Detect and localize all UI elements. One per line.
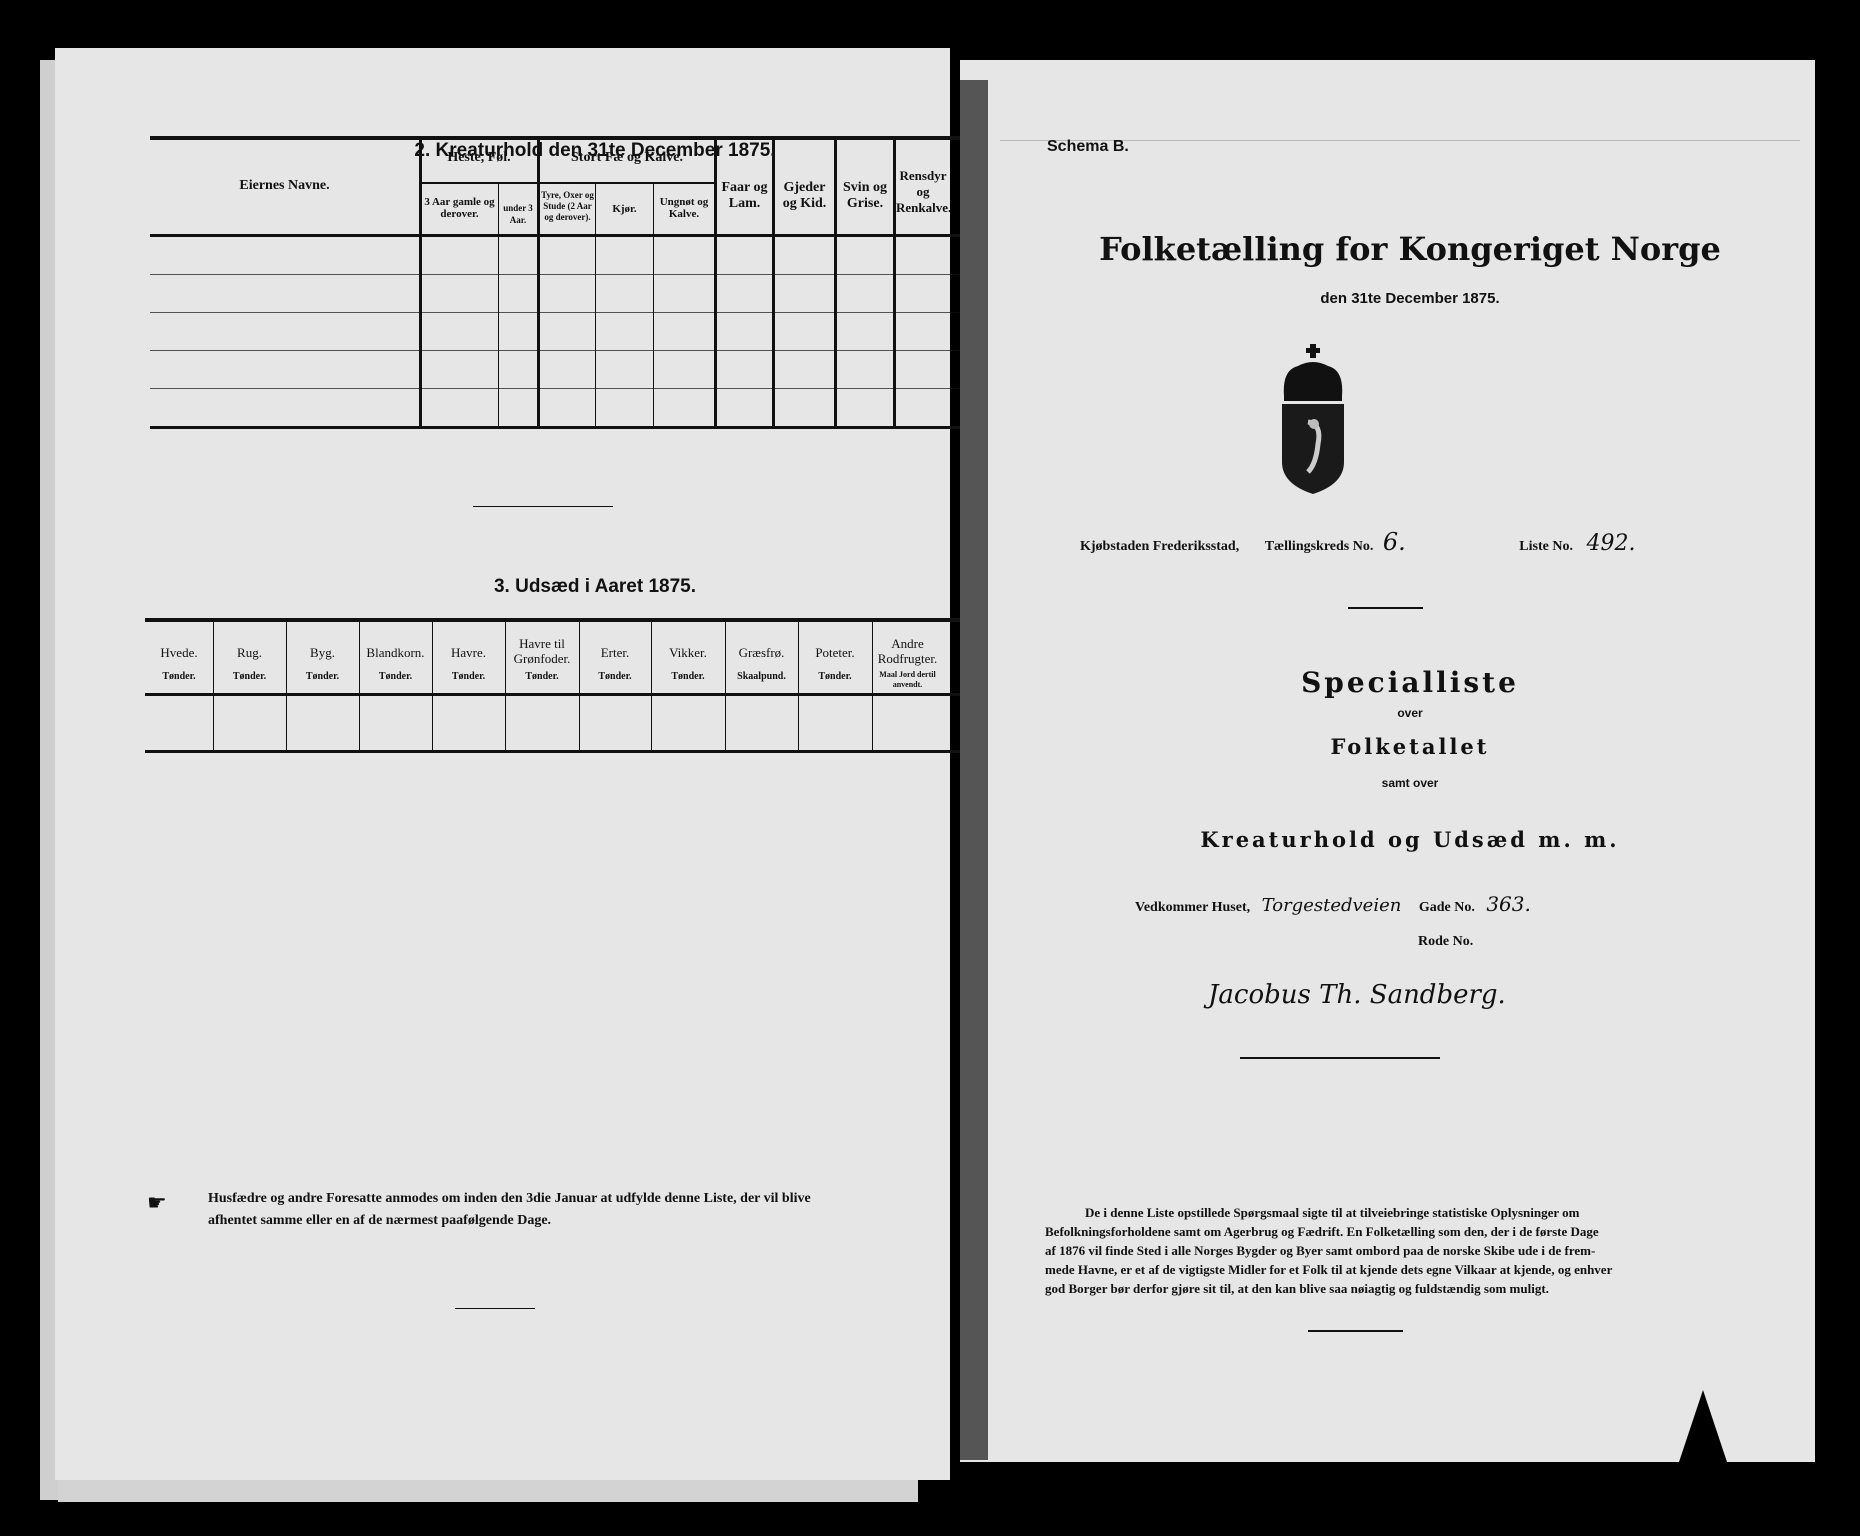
table3-col-header: Havre.	[432, 645, 505, 660]
table2-header-rule	[150, 234, 1005, 237]
horses-3yr-header: 3 Aar gamle og derover.	[421, 196, 498, 220]
table3-col-header: Rug.	[213, 645, 286, 660]
street-value: Torgestedveien	[1262, 895, 1402, 916]
table3-col-unit: Tønder.	[798, 672, 872, 682]
paragraph-line: mede Havne, er et af de vigtigste Midler…	[1045, 1260, 1745, 1279]
cows-header: Kjør.	[596, 203, 653, 215]
table3-col-header: Havre til Grønfoder.	[505, 636, 579, 666]
table3-col-header: Erter.	[579, 645, 651, 660]
torn-corner	[1678, 1390, 1728, 1465]
paragraph-line: Befolkningsforholdene samt om Agerbrug o…	[1045, 1222, 1745, 1241]
table3-col-rule	[725, 620, 726, 752]
table3-col-unit: Tønder.	[213, 672, 286, 682]
notice-line-2: afhentet samme eller en af de nærmest pa…	[208, 1210, 898, 1232]
folketallet-heading: Folketallet	[1060, 734, 1760, 759]
town-label: Kjøbstaden Frederiksstad,	[1080, 539, 1239, 554]
table2-group-rule	[419, 182, 714, 184]
paragraph-line: De i denne Liste opstillede Spørgsmaal s…	[1045, 1203, 1745, 1222]
over-label-1: over	[1060, 706, 1760, 720]
table3-col-unit: Tønder.	[145, 672, 213, 682]
table3-top-rule	[145, 618, 1005, 622]
left-page: 2. Kreaturhold den 31te December 1875. E…	[55, 48, 950, 1480]
section-divider	[473, 506, 613, 507]
table3-col-unit: Tønder.	[505, 672, 579, 682]
closing-rule	[1308, 1330, 1403, 1332]
table3-col-header: Græsfrø.	[725, 645, 798, 660]
house-label: Vedkommer Huset,	[1135, 900, 1250, 915]
table3-col-header: Byg.	[286, 645, 359, 660]
horses-under3-header: under 3 Aar.	[499, 202, 537, 226]
table3-col-header: Blandkorn.	[359, 645, 432, 660]
notice-divider	[455, 1308, 535, 1309]
house-line: Vedkommer Huset, Torgestedveien Gade No.…	[1135, 892, 1755, 916]
right-page: Schema B. Folketælling for Kongeriget No…	[960, 60, 1815, 1462]
specialliste-heading: Specialliste	[1060, 666, 1760, 699]
table3-bottom-rule	[145, 750, 1005, 753]
table3-col-unit: Maal Jord dertil anvendt.	[872, 670, 943, 690]
table3-col-rule	[359, 620, 360, 752]
table3-col-rule	[798, 620, 799, 752]
signature-rule	[1240, 1057, 1440, 1059]
table2-row-rule	[150, 388, 1005, 389]
book-gutter	[960, 80, 988, 1460]
list-value: 492.	[1586, 531, 1635, 556]
goats-header: Gjeder og Kid.	[775, 180, 834, 212]
table3-col-unit: Tønder.	[432, 672, 505, 682]
gade-label: Gade No.	[1419, 900, 1475, 915]
table2-row-rule	[150, 350, 1005, 351]
table3-col-unit: Tønder.	[359, 672, 432, 682]
table3-col-rule	[651, 620, 652, 752]
norwegian-coat-of-arms-icon	[1278, 344, 1348, 494]
signature: Jacobus Th. Sandberg.	[1208, 980, 1506, 1010]
document-date: den 31te December 1875.	[1160, 290, 1660, 307]
rode-label: Rode No.	[1418, 934, 1473, 950]
district-value: 6.	[1383, 528, 1406, 556]
notice-line-1: Husfædre og andre Foresatte anmodes om i…	[208, 1188, 898, 1210]
table3-col-header: Hvede.	[145, 645, 213, 660]
table3-col-unit: Tønder.	[286, 672, 359, 682]
table2-col-rule	[595, 183, 596, 428]
notice-text: Husfædre og andre Foresatte anmodes om i…	[208, 1188, 898, 1232]
table2-top-rule	[150, 136, 1005, 140]
reindeer-header: Rensdyr og Renkalve.	[896, 168, 950, 216]
kreaturhold-heading: Kreaturhold og Udsæd m. m.	[1060, 827, 1760, 852]
table3-col-unit: Skaalpund.	[725, 672, 798, 682]
schema-label: Schema B.	[1047, 138, 1129, 156]
sheep-header: Faar og Lam.	[717, 180, 772, 212]
list-label: Liste No.	[1519, 539, 1573, 554]
table3-col-rule	[213, 620, 214, 752]
paragraph-line: god Borger bør derfor gjøre sit til, at …	[1045, 1279, 1745, 1298]
bulls-oxen-header: Tyre, Oxer og Stude (2 Aar og derover).	[540, 190, 595, 223]
table3-col-rule	[579, 620, 580, 752]
table2-bottom-rule	[150, 426, 1005, 429]
table3-col-unit: Tønder.	[579, 672, 651, 682]
document-title: Folketælling for Kongeriget Norge	[1060, 230, 1760, 268]
over-label-2: samt over	[1060, 776, 1760, 790]
table3-col-rule	[286, 620, 287, 752]
heading-divider	[1348, 607, 1423, 609]
owner-names-header: Eiernes Navne.	[150, 178, 419, 194]
horses-header: Heste, Føl.	[421, 150, 537, 166]
section3-title: 3. Udsæd i Aaret 1875.	[435, 576, 755, 598]
gade-value: 363.	[1486, 892, 1531, 916]
table3-col-unit: Tønder.	[651, 672, 725, 682]
table2-row-rule	[150, 274, 1005, 275]
table3-col-rule	[432, 620, 433, 752]
table3-col-header: Poteter.	[798, 645, 872, 660]
explanatory-paragraph: De i denne Liste opstillede Spørgsmaal s…	[1045, 1203, 1745, 1298]
cattle-header: Stort Fæ og Kalve.	[540, 150, 714, 166]
paragraph-line: af 1876 vil finde Sted i alle Norges Byg…	[1045, 1241, 1745, 1260]
table3-col-header: Vikker.	[651, 645, 725, 660]
table2-row-rule	[150, 312, 1005, 313]
location-line: Kjøbstaden Frederiksstad, Tællingskreds …	[1080, 528, 1760, 556]
table3-header-rule	[145, 693, 1005, 696]
district-label: Tællingskreds No.	[1265, 539, 1374, 554]
pointing-hand-icon: ☛	[147, 1190, 167, 1216]
young-cattle-header: Ungnøt og Kalve.	[654, 196, 714, 220]
table3-col-header: Andre Rodfrugter.	[872, 636, 943, 666]
pigs-header: Svin og Grise.	[837, 180, 893, 212]
